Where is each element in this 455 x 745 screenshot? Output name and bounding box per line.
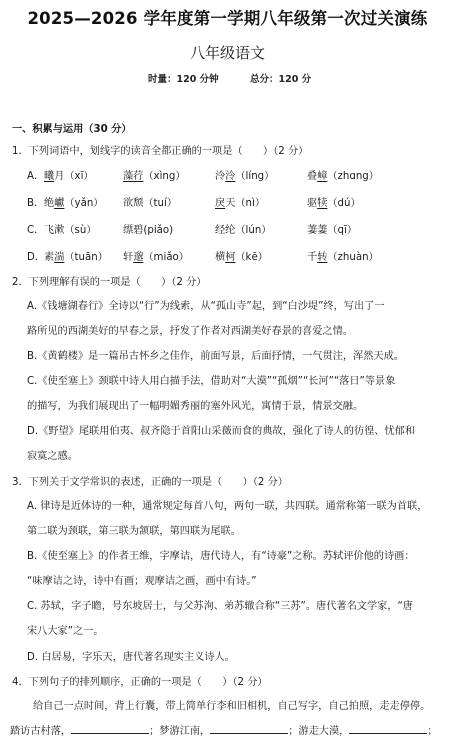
word-text: 素 (44, 252, 54, 263)
word-text: 横 (215, 252, 225, 263)
question-2-line: B.《黄鹤楼》是一篇吊古怀乡之佳作，前面写景，后面抒情，一气贯注，浑然天成。 (27, 347, 404, 362)
question-2-line: 寂寞之感。 (27, 447, 78, 462)
underlined-char: 嶂 (317, 171, 327, 182)
question-3-line: C. 苏轼，字子瞻，号东坡居士，与父苏洵、弟苏辙合称“三苏”。唐代著名文学家，“… (27, 597, 413, 612)
question-3-line: D. 白居易，字乐天，唐代著名现实主义诗人。 (27, 648, 235, 663)
underlined-char: 曦 (44, 171, 54, 182)
question-2-line: D.《野望》尾联用伯夷、叔齐隐于首阳山采薇而食的典故，强化了诗人的彷徨、忧郁和 (27, 422, 415, 437)
option-word: 素湍（tuān） (44, 248, 108, 263)
question-4-stem: 4．下列句子的排列顺序，正确的一项是（ ）（2 分） (12, 673, 268, 688)
word-text: 经纶（lún） (215, 225, 272, 236)
underlined-char: 戾 (215, 198, 225, 209)
underlined-char: 巘 (54, 198, 64, 209)
question-1-stem: 1．下列词语中，划线字的读音全都正确的一项是（ ）（2 分） (12, 142, 308, 157)
word-text: （tuān） (64, 252, 108, 263)
underlined-char: 泠 (225, 171, 235, 182)
fill-text: ；游走大漠， (288, 726, 349, 737)
option-word: 藻荇（xìng） (123, 167, 186, 182)
word-text: 轩 (123, 252, 133, 263)
word-text: 千 (307, 252, 317, 263)
answer-blank[interactable] (71, 724, 149, 734)
question-3-line: “味摩诘之诗，诗中有画；观摩诘之画，画中有诗。” (27, 572, 257, 587)
word-text: 叠 (307, 171, 317, 182)
question-3-line: B.《使至塞上》的作者王维，字摩诘，唐代诗人，有“诗豪”之称。苏轼评价他的诗画： (27, 547, 415, 562)
question-4-paragraph: 给自己一点时间，背上行囊，带上简单行李和旧相机，自己写字，自己拍照，走走停停。 (33, 697, 430, 712)
exam-total-score: 总分：120 分 (250, 71, 311, 85)
underlined-char: 转 (317, 252, 327, 263)
option-word: 飞漱（sù） (44, 221, 97, 236)
question-3-line: 第二联为颈联，第三联为颔联，第四联为尾联。 (27, 522, 241, 537)
word-text: 泠 (215, 171, 225, 182)
option-label: A． (27, 167, 44, 182)
word-text: （líng） (235, 171, 274, 182)
word-text: 绝 (44, 198, 54, 209)
fill-text: 踏访古村落， (10, 726, 71, 737)
answer-blank[interactable] (349, 724, 427, 734)
question-2-stem: 2．下列理解有误的一项是（ ）（2 分） (12, 273, 206, 288)
underlined-char: 湍 (54, 252, 64, 263)
word-text: （yǎn） (64, 198, 103, 209)
word-text: 萋萋（qī） (307, 225, 357, 236)
option-word: 绝巘（yǎn） (44, 194, 103, 209)
word-text: 缥碧(piǎo) (123, 225, 173, 236)
option-word: 萋萋（qī） (307, 221, 357, 236)
option-word: 叠嶂（zhɑng） (307, 167, 379, 182)
fill-text: ； (427, 726, 437, 737)
underlined-char: 邈 (133, 252, 143, 263)
word-text: （dú） (327, 198, 360, 209)
exam-title: 2025—2026 学年度第一学期八年级第一次过关演练 (0, 5, 455, 29)
option-label: D． (27, 248, 45, 263)
option-word: 轩邈（miǎo） (123, 248, 189, 263)
word-text: （kē） (235, 252, 268, 263)
answer-blank[interactable] (210, 724, 288, 734)
word-text: 月（xī） (54, 171, 93, 182)
fill-text: ；梦游江南， (149, 726, 210, 737)
question-2-line: A.《钱塘湖春行》全诗以“行”为线索，从“孤山寺”起，到“白沙堤”终，写出了一 (27, 297, 385, 312)
word-text: 飞漱（sù） (44, 225, 97, 236)
question-3-line: 宋八大家”之一。 (27, 622, 104, 637)
exam-time: 时量：120 分钟 (148, 71, 219, 85)
option-word: 戾天（nì） (215, 194, 265, 209)
question-2-line: 的描写，为我们展现出了一幅明媚秀丽的塞外风光，寓情于景，情景交融。 (27, 397, 363, 412)
option-word: 欲颓（tuí） (123, 194, 177, 209)
option-word: 曦月（xī） (44, 167, 94, 182)
question-3-stem: 3．下列关于文学常识的表述，正确的一项是（ ）（2 分） (12, 473, 288, 488)
option-word: 千转（zhuàn） (307, 248, 379, 263)
option-word: 缥碧(piǎo) (123, 221, 173, 236)
underlined-char: 犊 (317, 198, 327, 209)
question-2-line: 路所见的西湖美好的早春之景，抒发了作者对西湖美好春景的喜爱之情。 (27, 322, 353, 337)
word-text: （miǎo） (143, 252, 189, 263)
exam-subject: 八年级语文 (0, 42, 455, 63)
option-label: B． (27, 194, 44, 209)
underlined-char: 藻荇 (123, 171, 143, 182)
option-word: 横柯（kē） (215, 248, 268, 263)
word-text: （zhuàn） (327, 252, 378, 263)
option-word: 泠泠（líng） (215, 167, 274, 182)
word-text: 天（nì） (225, 198, 265, 209)
underlined-char: 柯 (225, 252, 235, 263)
word-text: （xìng） (143, 171, 185, 182)
section-heading: 一、积累与运用（30 分） (12, 120, 132, 135)
question-3-line: A. 律诗是近体诗的一种，通常规定每首八句，两句一联，共四联。通常称第一联为首联… (27, 497, 427, 512)
option-word: 驱犊（dú） (307, 194, 361, 209)
word-text: 欲颓（tuí） (123, 198, 177, 209)
question-4-fill-line: 踏访古村落，；梦游江南，；游走大漠，； (10, 722, 438, 737)
option-label: C． (27, 221, 44, 236)
word-text: 驱 (307, 198, 317, 209)
word-text: （zhɑng） (327, 171, 379, 182)
question-2-line: C.《使至塞上》颈联中诗人用白描手法，借助对“大漠”“孤烟”“长河”“落日”等景… (27, 372, 395, 387)
option-word: 经纶（lún） (215, 221, 272, 236)
